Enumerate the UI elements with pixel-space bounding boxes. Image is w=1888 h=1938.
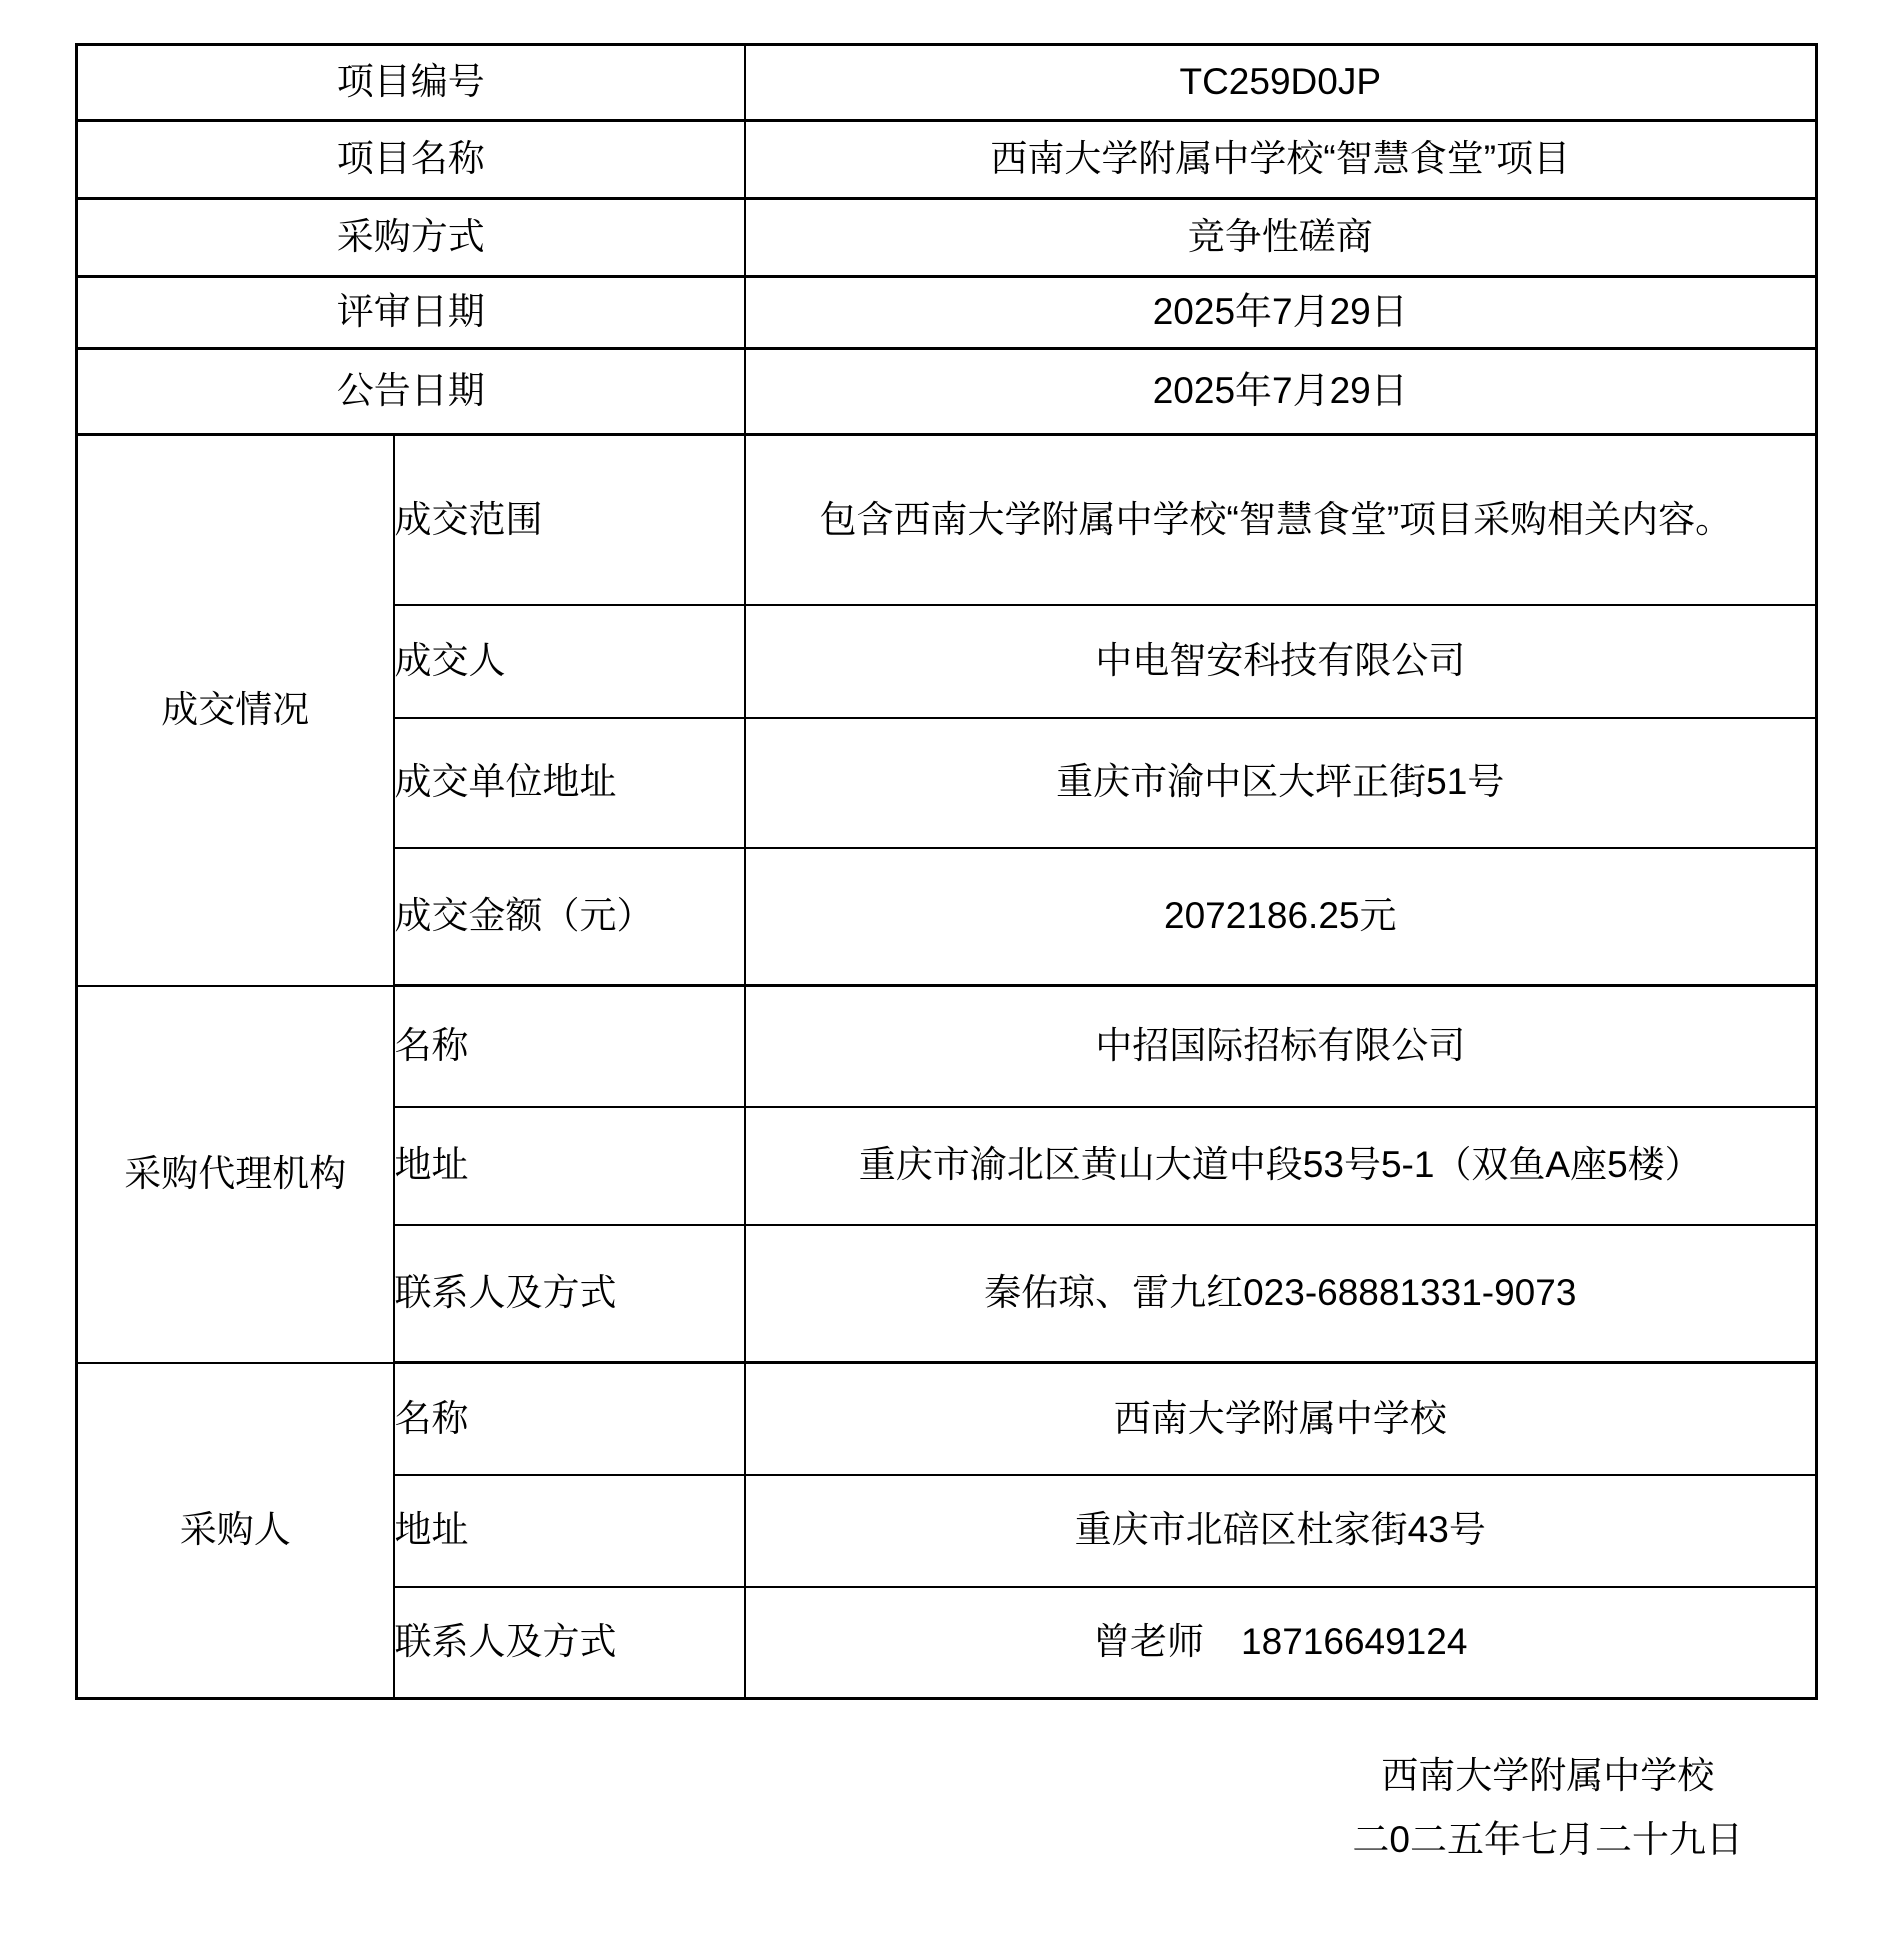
field-value: 重庆市北碚区杜家街43号 xyxy=(745,1475,1817,1587)
signature-date: 二0二五年七月二十九日 xyxy=(1352,1808,1743,1872)
table-row-award-scope: 成交情况 成交范围 包含西南大学附属中学校“智慧食堂”项目采购相关内容。 xyxy=(77,435,1817,605)
field-value: 秦佑琼、雷九红023-68881331-9073 xyxy=(745,1225,1817,1363)
field-label: 项目名称 xyxy=(77,121,745,199)
field-value: 2025年7月29日 xyxy=(745,277,1817,349)
field-value: 2025年7月29日 xyxy=(745,349,1817,435)
award-notice-table: 项目编号 TC259D0JP 项目名称 西南大学附属中学校“智慧食堂”项目 采购… xyxy=(75,43,1818,1700)
table-row-project-number: 项目编号 TC259D0JP xyxy=(77,45,1817,121)
table-row-review-date: 评审日期 2025年7月29日 xyxy=(77,277,1817,349)
field-value: 包含西南大学附属中学校“智慧食堂”项目采购相关内容。 xyxy=(745,435,1817,605)
field-value: 重庆市渝中区大坪正街51号 xyxy=(745,718,1817,848)
field-label: 成交单位地址 xyxy=(394,718,745,848)
signature-org: 西南大学附属中学校 xyxy=(1352,1744,1743,1808)
table-row-purchaser-name: 采购人 名称 西南大学附属中学校 xyxy=(77,1363,1817,1475)
field-label: 项目编号 xyxy=(77,45,745,121)
field-value: 西南大学附属中学校 xyxy=(745,1363,1817,1475)
table-row-announcement-date: 公告日期 2025年7月29日 xyxy=(77,349,1817,435)
field-label: 成交金额（元） xyxy=(394,848,745,986)
field-label: 名称 xyxy=(394,1363,745,1475)
group-title-purchaser: 采购人 xyxy=(77,1363,394,1699)
field-label: 联系人及方式 xyxy=(394,1225,745,1363)
field-label: 地址 xyxy=(394,1107,745,1225)
field-label: 联系人及方式 xyxy=(394,1587,745,1699)
field-value: 2072186.25元 xyxy=(745,848,1817,986)
table-row-agency-name: 采购代理机构 名称 中招国际招标有限公司 xyxy=(77,986,1817,1107)
field-value: 重庆市渝北区黄山大道中段53号5-1（双鱼A座5楼） xyxy=(745,1107,1817,1225)
field-label: 名称 xyxy=(394,986,745,1107)
field-value: 竞争性磋商 xyxy=(745,199,1817,277)
field-label: 采购方式 xyxy=(77,199,745,277)
field-value: 中招国际招标有限公司 xyxy=(745,986,1817,1107)
field-label: 地址 xyxy=(394,1475,745,1587)
field-label: 公告日期 xyxy=(77,349,745,435)
field-label: 成交范围 xyxy=(394,435,745,605)
group-title-award-info: 成交情况 xyxy=(77,435,394,986)
field-value: TC259D0JP xyxy=(745,45,1817,121)
field-label: 成交人 xyxy=(394,605,745,718)
field-value: 中电智安科技有限公司 xyxy=(745,605,1817,718)
group-title-procurement-agency: 采购代理机构 xyxy=(77,986,394,1363)
field-value: 西南大学附属中学校“智慧食堂”项目 xyxy=(745,121,1817,199)
field-label: 评审日期 xyxy=(77,277,745,349)
signature-block: 西南大学附属中学校 二0二五年七月二十九日 xyxy=(1352,1744,1743,1872)
field-value: 曾老师 18716649124 xyxy=(745,1587,1817,1699)
table-row-procurement-method: 采购方式 竞争性磋商 xyxy=(77,199,1817,277)
table-row-project-name: 项目名称 西南大学附属中学校“智慧食堂”项目 xyxy=(77,121,1817,199)
